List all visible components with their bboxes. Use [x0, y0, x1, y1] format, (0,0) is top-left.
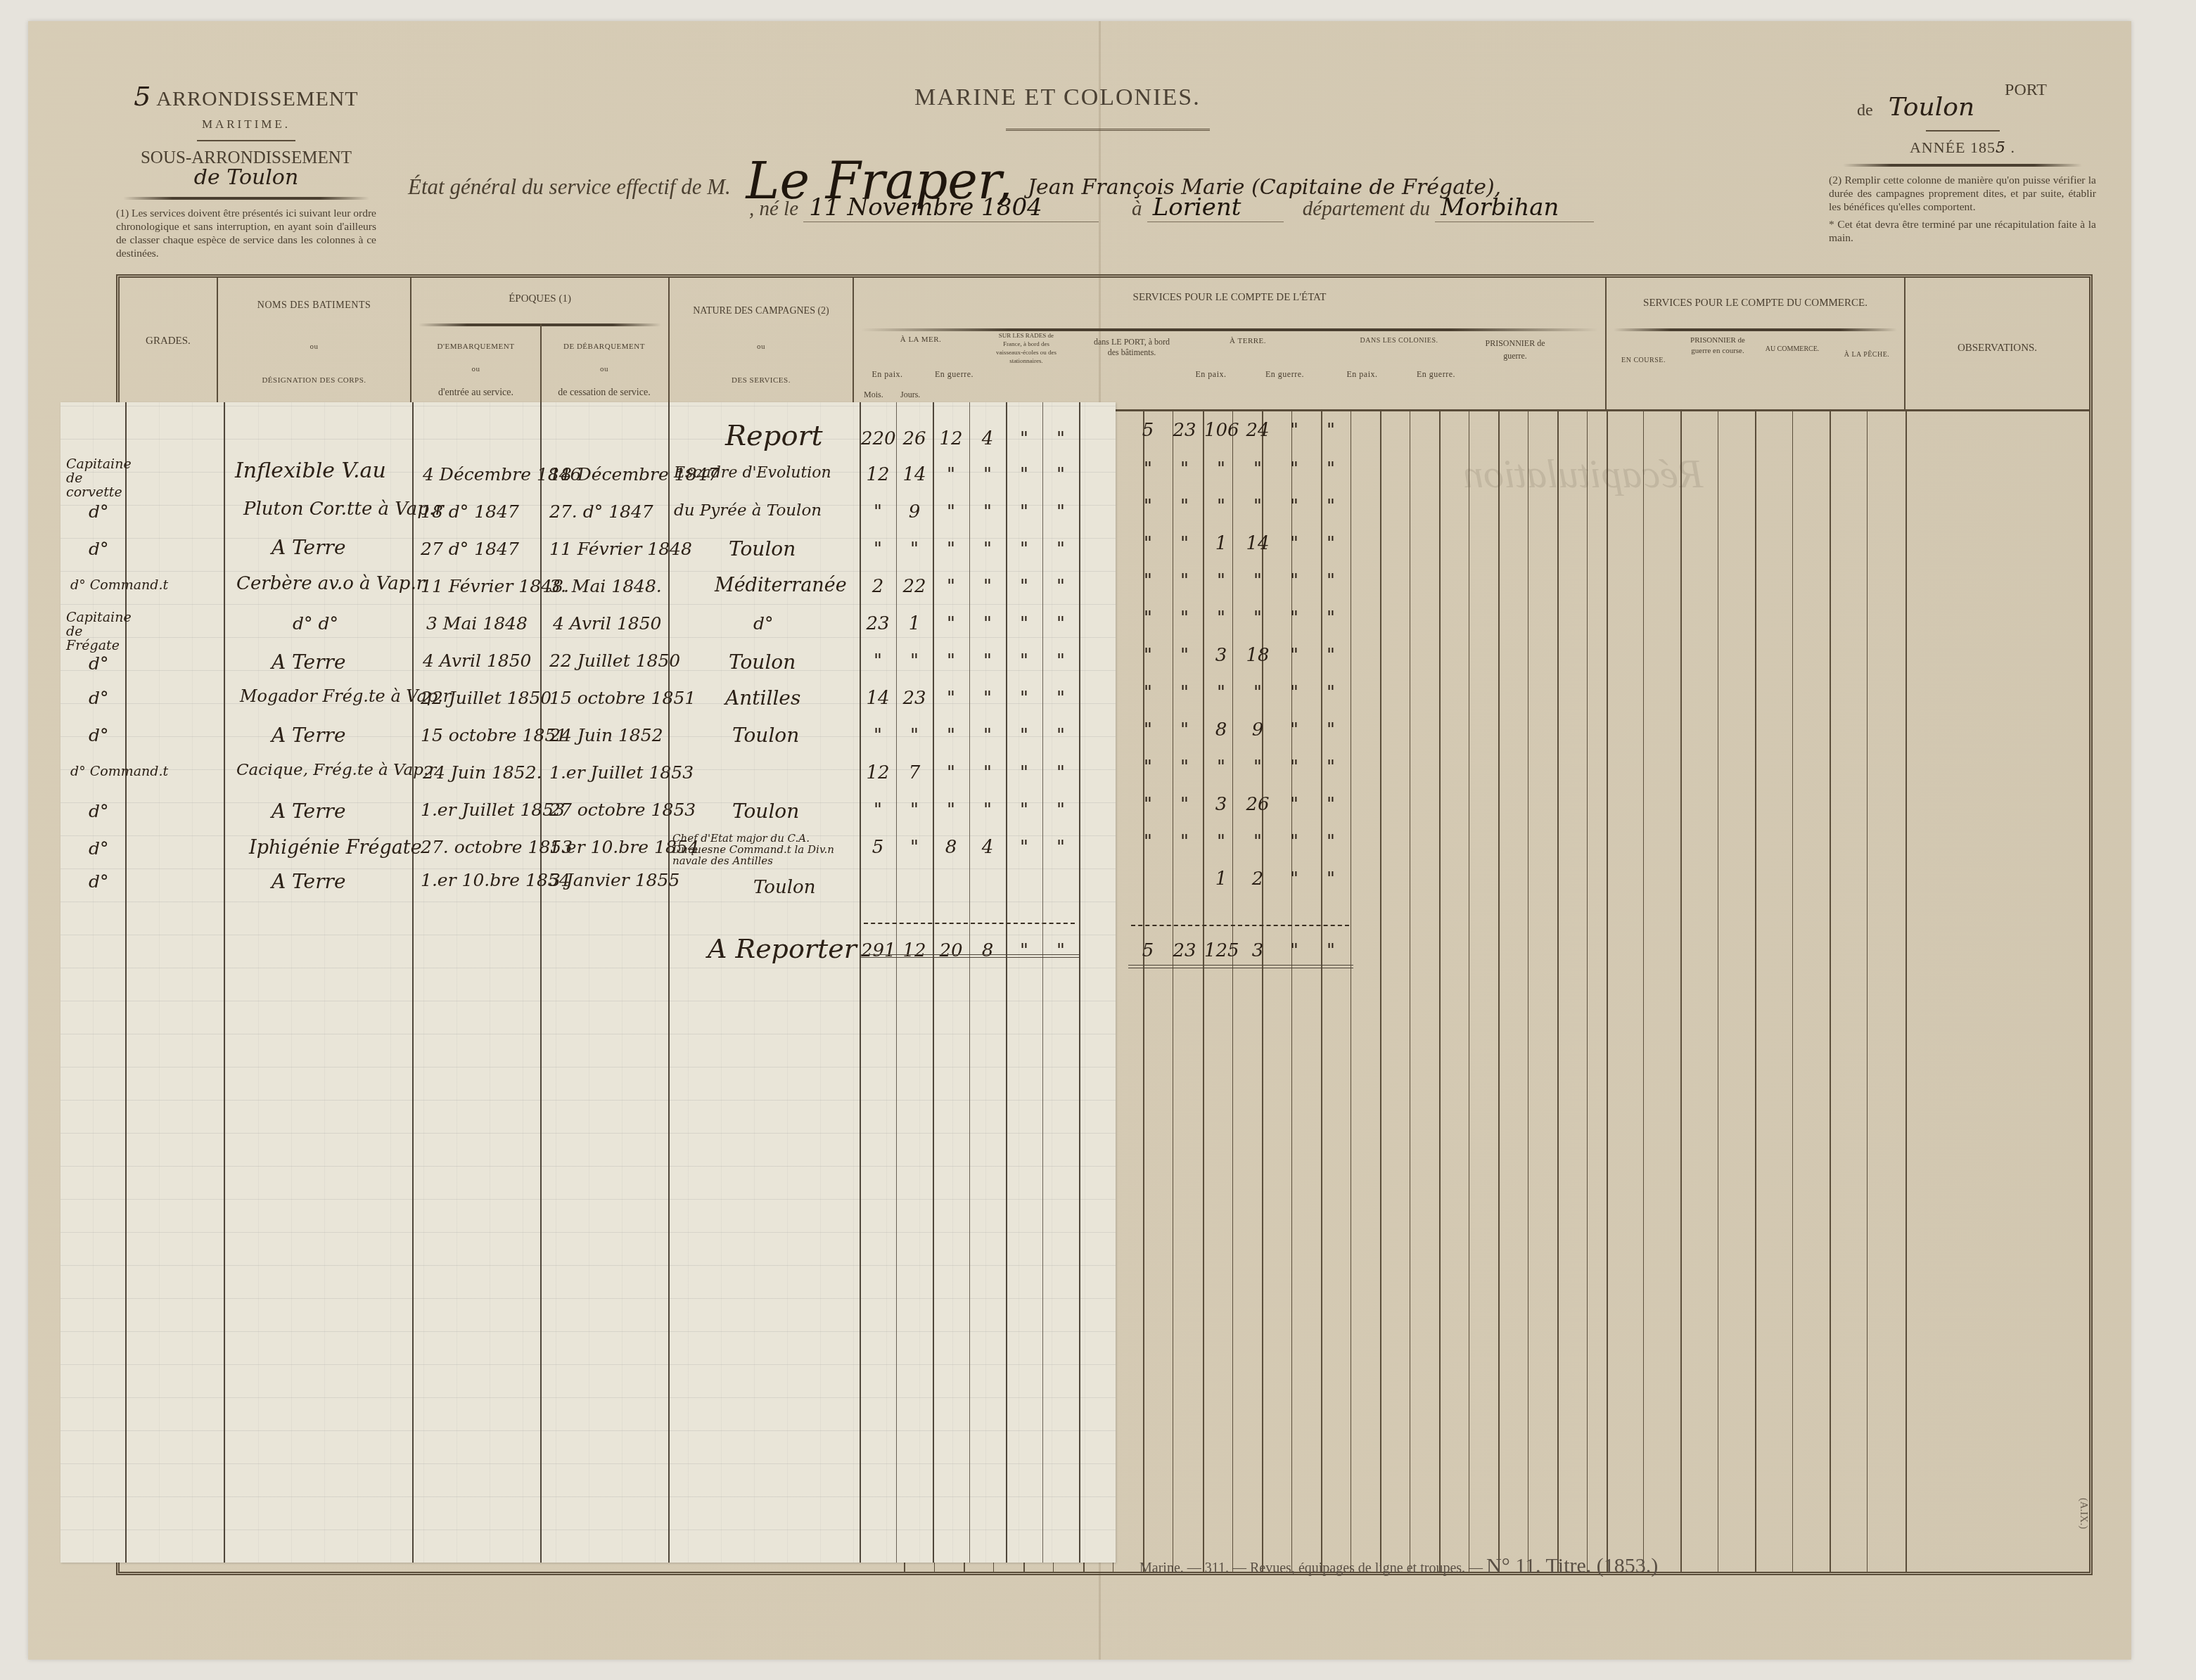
- table-row: d° A Terre 15 octobre 1851 24 Juin 1852 …: [60, 719, 1116, 762]
- title-rule: [1006, 129, 1210, 131]
- table-header: GRADES. NOMS DES BATIMENTS ou DÉSIGNATIO…: [120, 278, 2089, 411]
- flourish-divider: [1843, 164, 2082, 167]
- born-prefix: , né le: [749, 198, 798, 220]
- etat-right-values: 5 23 106 24 " " " " " " " " " " " " " " …: [1131, 420, 1412, 996]
- department-prefix: département du: [1303, 198, 1430, 220]
- port-value: Toulon: [1889, 93, 1974, 122]
- total-separator: [864, 923, 1075, 924]
- header-au-commerce: AU COMMERCE.: [1755, 342, 1830, 357]
- double-rule: [860, 954, 1079, 958]
- table-row: Capitaine de corvette Inflexible V.au 4 …: [60, 459, 1116, 501]
- header-etat-group: SERVICES POUR LE COMPTE DE L'ÉTAT À LA M…: [854, 278, 1607, 411]
- footnote-2: (2) Remplir cette colonne de manière qu'…: [1829, 174, 2096, 214]
- pasted-handwritten-leaf: Mois. Jours. Report 220 26 12 4 " " Capi…: [60, 402, 1116, 1563]
- table-row: Report 220 26 12 4 " ": [60, 420, 1116, 462]
- port-line: PORT de Toulon: [1829, 81, 2096, 122]
- header-a-la-peche: À LA PÊCHE.: [1830, 351, 1904, 359]
- etat-prefix: État général du service effectif de M.: [408, 174, 731, 199]
- table-row: d° A Terre 4 Avril 1850 22 Juillet 1850 …: [60, 645, 1116, 687]
- leaf-header-jours: Jours.: [900, 390, 920, 400]
- header-dans-le-port: dans LE PORT, à bord des bâtiments.: [1093, 337, 1170, 358]
- bleed-through-text: Récapitulation: [1463, 450, 1704, 497]
- header-a-la-mer: À LA MER.: [854, 335, 988, 344]
- header-a-terre: À TERRE.: [1174, 337, 1322, 345]
- header-prisonnier-guerre: PRISONNIER de guerre.: [1476, 337, 1554, 362]
- annee-line: ANNÉE 1855 .: [1829, 139, 2096, 157]
- header-prisonnier-course: PRISONNIER de guerre en course.: [1680, 335, 1755, 357]
- flourish-divider: [123, 197, 369, 200]
- header-embarquement: D'EMBARQUEMENT: [411, 342, 540, 351]
- header-noms-batiments: NOMS DES BATIMENTS ou DÉSIGNATION DES CO…: [218, 278, 411, 411]
- side-code: (A.IX.): [2077, 1498, 2089, 1529]
- header-commerce-group: SERVICES POUR LE COMPTE DU COMMERCE. EN …: [1607, 278, 1905, 411]
- footer-text: Marine. — 311. — Revues, équipages de li…: [1140, 1560, 1483, 1576]
- table-row: d° A Terre 1.er Juillet 1853 27 octobre …: [60, 794, 1116, 836]
- arrondissement-number: 5: [134, 81, 151, 112]
- footnote-star: * Cet état devra être terminé par une ré…: [1829, 218, 2096, 245]
- table-row: d° A Terre 1.er 10.bre 1854 3 Janvier 18…: [60, 868, 1116, 911]
- port-block: PORT de Toulon ANNÉE 1855 . (2) Remplir …: [1829, 81, 2096, 245]
- header-observations: OBSERVATIONS.: [1905, 278, 2089, 411]
- a-reporter-label: A Reporter: [708, 933, 857, 964]
- divider: [1926, 130, 2000, 132]
- header-nature: NATURE DES CAMPAGNES (2) ou DES SERVICES…: [670, 278, 854, 411]
- table-row: d° Mogador Frég.te à Vap.r 22 Juillet 18…: [60, 682, 1116, 724]
- table-row: d° Command.t Cerbère av.o à Vap.r 11 Fév…: [60, 570, 1116, 613]
- leaf-header-mois: Mois.: [864, 390, 883, 400]
- birth-date: 11 Novembre 1804: [803, 193, 1098, 222]
- table-row: d° Command.t Cacique, Frég.te à Vap.r 24…: [60, 757, 1116, 799]
- department: Morbihan: [1435, 193, 1594, 222]
- header-sur-les-rades: SUR LES RADES de France, à bord des vais…: [995, 331, 1058, 365]
- arrondissement-title: 5 ARRONDISSEMENT: [116, 81, 376, 112]
- form-number: N° 11. Titre. (1853.): [1486, 1554, 1658, 1577]
- port-prefix: de: [1857, 101, 1873, 120]
- footnote-1: (1) Les services doivent être présentés …: [116, 207, 376, 260]
- header-epoques: ÉPOQUES (1) D'EMBARQUEMENT ou d'entrée a…: [411, 278, 670, 411]
- maritime-label: MARITIME.: [116, 117, 376, 132]
- arrondissement-block: 5 ARRONDISSEMENT MARITIME. SOUS-ARRONDIS…: [116, 81, 376, 260]
- birth-place: Lorient: [1147, 193, 1284, 222]
- born-line: , né le 11 Novembre 1804 à Lorient dépar…: [749, 193, 1594, 222]
- header-en-course: EN COURSE.: [1607, 357, 1680, 364]
- sous-arrondissement-value: de Toulon: [116, 165, 376, 190]
- table-row: d° Iphigénie Frégate 27. octobre 1853 1.…: [60, 831, 1116, 873]
- header-grades: GRADES.: [120, 278, 218, 411]
- table-row: Capitaine de Frégate d° d° 3 Mai 1848 4 …: [60, 608, 1116, 650]
- form-footer: Marine. — 311. — Revues, équipages de li…: [1140, 1554, 1658, 1578]
- table-row: d° A Terre 27 d° 1847 11 Février 1848 To…: [60, 533, 1116, 575]
- born-at: à: [1132, 198, 1142, 220]
- header-dans-colonies: DANS LES COLONIES.: [1325, 337, 1473, 345]
- annee-value: 5: [1996, 139, 2006, 157]
- document-title: MARINE ET COLONIES.: [914, 84, 1201, 111]
- header-debarquement: DE DÉBARQUEMENT: [540, 342, 668, 351]
- table-row: d° Pluton Cor.tte à Vap.r 18 d° 1847 27.…: [60, 496, 1116, 538]
- divider: [197, 140, 295, 141]
